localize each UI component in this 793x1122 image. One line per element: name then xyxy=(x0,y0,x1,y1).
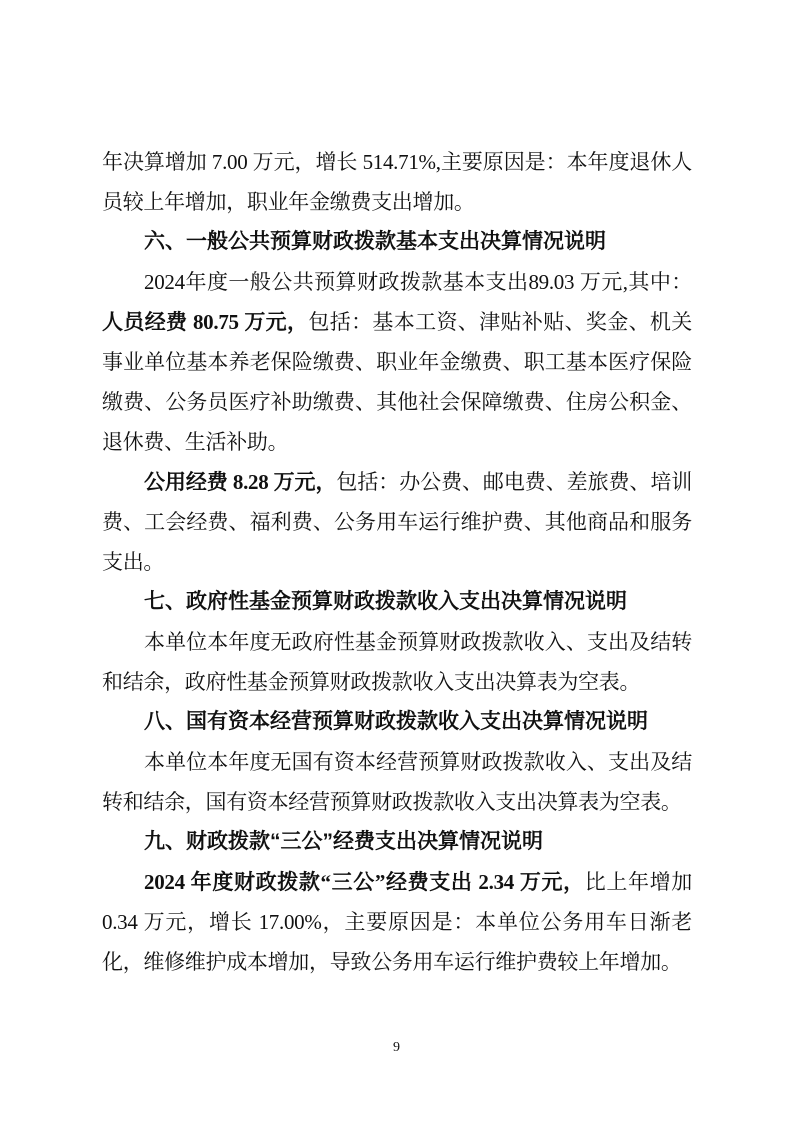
text-run-three-public-bold: 2024 年度财政拨款“三公”经费支出 2.34 万元， xyxy=(144,870,585,894)
paragraph-state-capital: 本单位本年度无国有资本经营预算财政拨款收入、支出及结转和结余，国有资本经营预算财… xyxy=(102,742,692,822)
text-run-personnel-funds-bold: 人员经费 80.75 万元， xyxy=(102,310,308,334)
paragraph-public-funds: 公用经费 8.28 万元，包括：办公费、邮电费、差旅费、培训费、工会经费、福利费… xyxy=(102,462,692,582)
paragraph-basic-expenditure: 2024年度一般公共预算财政拨款基本支出89.03 万元,其中：人员经费 80.… xyxy=(102,262,692,462)
section-heading-6-basic-expenditure: 六、一般公共预算财政拨款基本支出决算情况说明 xyxy=(102,222,692,262)
paragraph-carryover: 年决算增加 7.00 万元，增长 514.71%,主要原因是：本年度退休人员较上… xyxy=(102,142,692,222)
section-heading-7-government-fund: 七、政府性基金预算财政拨款收入支出决算情况说明 xyxy=(102,582,692,622)
paragraph-government-fund: 本单位本年度无政府性基金预算财政拨款收入、支出及结转和结余，政府性基金预算财政拨… xyxy=(102,622,692,702)
document-page: 年决算增加 7.00 万元，增长 514.71%,主要原因是：本年度退休人员较上… xyxy=(0,0,793,1122)
page-number: 9 xyxy=(0,1038,793,1058)
section-heading-8-state-capital: 八、国有资本经营预算财政拨款收入支出决算情况说明 xyxy=(102,702,692,742)
text-run-basic-intro: 2024年度一般公共预算财政拨款基本支出89.03 万元,其中： xyxy=(144,270,692,294)
text-run-public-funds-bold: 公用经费 8.28 万元， xyxy=(144,470,336,494)
page-body: 年决算增加 7.00 万元，增长 514.71%,主要原因是：本年度退休人员较上… xyxy=(102,142,692,982)
paragraph-three-public-expenses: 2024 年度财政拨款“三公”经费支出 2.34 万元，比上年增加0.34 万元… xyxy=(102,862,692,982)
section-heading-9-three-public-expenses: 九、财政拨款“三公”经费支出决算情况说明 xyxy=(102,822,692,862)
